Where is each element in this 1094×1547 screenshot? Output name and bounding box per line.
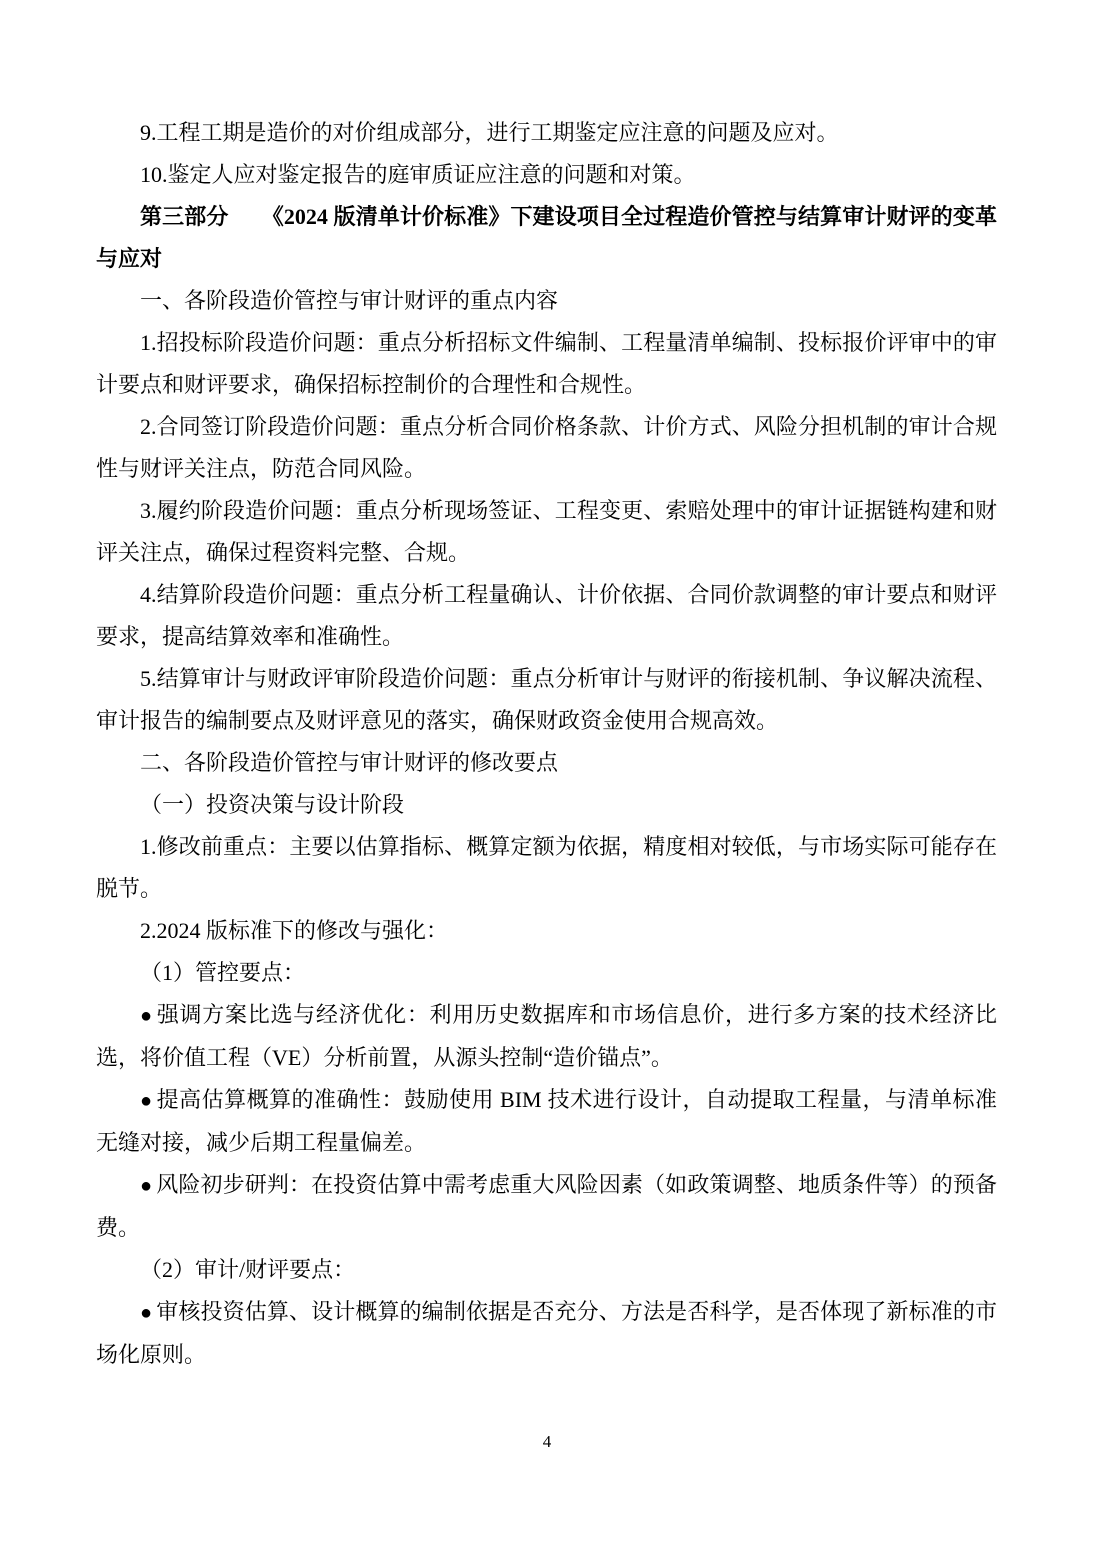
page-number: 4 xyxy=(0,1430,1094,1454)
document-page: 9.工程工期是造价的对价组成部分，进行工期鉴定应注意的问题及应对。 10.鉴定人… xyxy=(0,0,1094,1547)
list-item-2024-revision: 2.2024 版标准下的修改与强化： xyxy=(96,910,997,952)
list-item-10: 10.鉴定人应对鉴定报告的庭审质证应注意的问题和对策。 xyxy=(96,154,997,196)
bullet-text: 审核投资估算、设计概算的编制依据是否充分、方法是否科学，是否体现了新标准的市场化… xyxy=(96,1299,997,1367)
list-item-stage-1: 1.招投标阶段造价问题：重点分析招标文件编制、工程量清单编制、投标报价评审中的审… xyxy=(96,322,997,406)
bullet-item-audit-review: ●审核投资估算、设计概算的编制依据是否充分、方法是否科学，是否体现了新标准的市场… xyxy=(96,1291,997,1376)
list-item-stage-2: 2.合同签订阶段造价问题：重点分析合同价格条款、计价方式、风险分担机制的审计合规… xyxy=(96,406,997,490)
bullet-item-scheme-comparison: ●强调方案比选与经济优化：利用历史数据库和市场信息价，进行多方案的技术经济比选，… xyxy=(96,994,997,1079)
bullet-item-risk-judgment: ●风险初步研判：在投资估算中需考虑重大风险因素（如政策调整、地质条件等）的预备费… xyxy=(96,1164,997,1249)
list-item-stage-5: 5.结算审计与财政评审阶段造价问题：重点分析审计与财评的衔接机制、争议解决流程、… xyxy=(96,658,997,742)
subsection-heading-1: 一、各阶段造价管控与审计财评的重点内容 xyxy=(96,280,997,322)
sub-heading-control-points: （1）管控要点： xyxy=(96,952,997,994)
list-item-pre-revision: 1.修改前重点：主要以估算指标、概算定额为依据，精度相对较低，与市场实际可能存在… xyxy=(96,826,997,910)
bullet-item-estimate-accuracy: ●提高估算概算的准确性：鼓励使用 BIM 技术进行设计，自动提取工程量，与清单标… xyxy=(96,1079,997,1164)
sub-heading-phase-1: （一）投资决策与设计阶段 xyxy=(96,784,997,826)
list-item-9: 9.工程工期是造价的对价组成部分，进行工期鉴定应注意的问题及应对。 xyxy=(96,112,997,154)
bullet-text: 提高估算概算的准确性：鼓励使用 BIM 技术进行设计，自动提取工程量，与清单标准… xyxy=(96,1087,997,1155)
list-item-stage-4: 4.结算阶段造价问题：重点分析工程量确认、计价依据、合同价款调整的审计要点和财评… xyxy=(96,574,997,658)
bullet-text: 风险初步研判：在投资估算中需考虑重大风险因素（如政策调整、地质条件等）的预备费。 xyxy=(96,1172,997,1240)
bullet-icon: ● xyxy=(140,1165,152,1207)
subsection-heading-2: 二、各阶段造价管控与审计财评的修改要点 xyxy=(96,742,997,784)
sub-heading-audit-points: （2）审计/财评要点： xyxy=(96,1249,997,1291)
document-body: 9.工程工期是造价的对价组成部分，进行工期鉴定应注意的问题及应对。 10.鉴定人… xyxy=(96,112,997,1376)
bullet-icon: ● xyxy=(140,995,152,1037)
bullet-icon: ● xyxy=(140,1080,152,1122)
section-heading-part3: 第三部分 《2024 版清单计价标准》下建设项目全过程造价管控与结算审计财评的变… xyxy=(96,196,997,280)
bullet-icon: ● xyxy=(140,1292,152,1334)
bullet-text: 强调方案比选与经济优化：利用历史数据库和市场信息价，进行多方案的技术经济比选，将… xyxy=(96,1002,997,1070)
list-item-stage-3: 3.履约阶段造价问题：重点分析现场签证、工程变更、索赔处理中的审计证据链构建和财… xyxy=(96,490,997,574)
